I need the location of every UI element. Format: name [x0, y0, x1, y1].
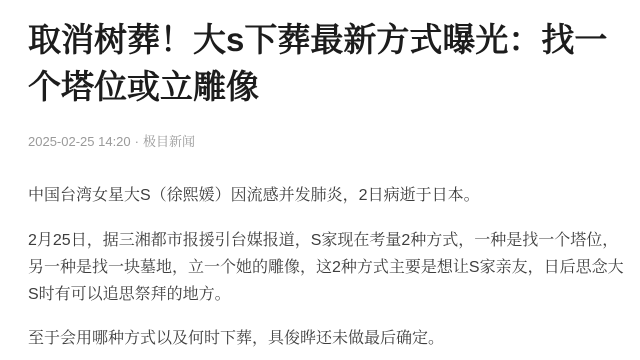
- article-title: 取消树葬！大s下葬最新方式曝光：找一个塔位或立雕像: [28, 16, 628, 110]
- article-paragraph: 2月25日，据三湘都市报援引台媒报道，S家现在考量2种方式，一种是找一个塔位，另…: [28, 227, 628, 308]
- meta-dot-separator: ·: [135, 133, 139, 150]
- source-name: 极目新闻: [143, 134, 195, 149]
- article-paragraph: 至于会用哪种方式以及何时下葬，具俊晔还未做最后确定。: [28, 325, 628, 352]
- article-page: 取消树葬！大s下葬最新方式曝光：找一个塔位或立雕像 2025-02-25 14:…: [0, 0, 640, 360]
- article-meta: 2025-02-25 14:20·极目新闻: [28, 133, 628, 150]
- publish-datetime: 2025-02-25 14:20: [28, 134, 131, 149]
- article-paragraph: 中国台湾女星大S（徐熙媛）因流感并发肺炎，2日病逝于日本。: [28, 182, 628, 209]
